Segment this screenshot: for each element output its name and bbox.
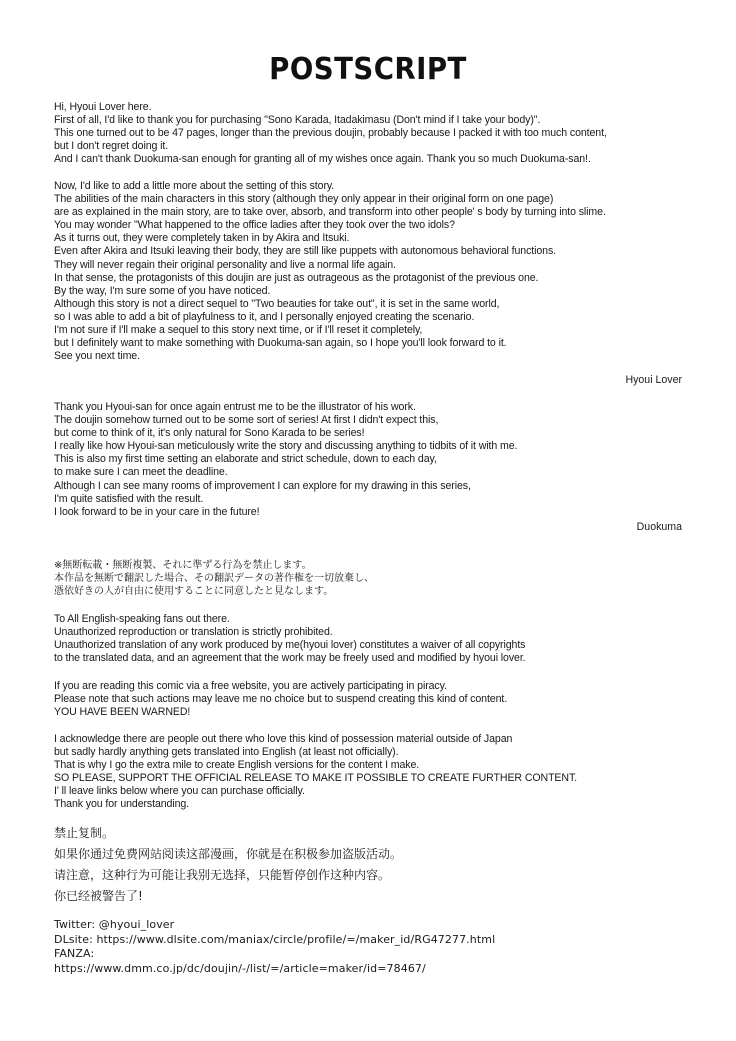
text-line: 本作品を無断で翻訳した場合、その翻訳データの著作権を一切放棄し、 — [54, 572, 694, 585]
text-line: See you next time. — [54, 350, 694, 363]
text-line: I look forward to be in your care in the… — [54, 506, 694, 519]
fanza-label: FANZA: — [54, 947, 694, 962]
dlsite-link[interactable]: DLsite: https://www.dlsite.com/maniax/ci… — [54, 933, 694, 948]
text-line: but I definitely want to make something … — [54, 337, 694, 350]
text-line: so I was able to add a bit of playfulnes… — [54, 311, 694, 324]
text-line: Although I can see many rooms of improve… — [54, 480, 694, 493]
text-line: This one turned out to be 47 pages, long… — [54, 127, 694, 140]
text-line: 如果你通过免费网站阅读这部漫画，你就是在积极参加盗版活动。 — [54, 844, 694, 865]
text-line: but come to think of it, it's only natur… — [54, 427, 694, 440]
purchase-links: Twitter: @hyoui_lover DLsite: https://ww… — [54, 918, 694, 976]
fanza-link[interactable]: https://www.dmm.co.jp/dc/doujin/-/list/=… — [54, 962, 694, 977]
text-line: First of all, I'd like to thank you for … — [54, 114, 694, 127]
text-line: I' ll leave links below where you can pu… — [54, 785, 694, 798]
text-line: To All English-speaking fans out there. — [54, 613, 694, 626]
text-line: but I don't regret doing it. — [54, 140, 694, 153]
text-line: I really like how Hyoui-san meticulously… — [54, 440, 694, 453]
text-line: Thank you Hyoui-san for once again entru… — [54, 401, 694, 414]
text-line: And I can't thank Duokuma-san enough for… — [54, 153, 694, 166]
text-line: The abilities of the main characters in … — [54, 193, 694, 206]
text-line: Thank you for understanding. — [54, 798, 694, 811]
text-line: 憑依好きの人が自由に使用することに同意したと見なします。 — [54, 585, 694, 598]
text-line: This is also my first time setting an el… — [54, 453, 694, 466]
text-line: By the way, I'm sure some of you have no… — [54, 285, 694, 298]
text-line: In that sense, the protagonists of this … — [54, 272, 694, 285]
text-line: If you are reading this comic via a free… — [54, 680, 694, 693]
piracy-warning: If you are reading this comic via a free… — [54, 680, 694, 719]
setting-paragraph: Now, I'd like to add a little more about… — [54, 180, 694, 363]
text-line: Hi, Hyoui Lover here. — [54, 101, 694, 114]
support-notice: I acknowledge there are people out there… — [54, 733, 694, 812]
text-line: to make sure I can meet the deadline. — [54, 466, 694, 479]
text-line: are as explained in the main story, are … — [54, 206, 694, 219]
text-line: I'm not sure if I'll make a sequel to th… — [54, 324, 694, 337]
text-line: As it turns out, they were completely ta… — [54, 232, 694, 245]
text-line: 禁止复制。 — [54, 823, 694, 844]
intro-paragraph: Hi, Hyoui Lover here. First of all, I'd … — [54, 101, 694, 166]
illustrator-paragraph: Thank you Hyoui-san for once again entru… — [54, 401, 694, 519]
text-line: Even after Akira and Itsuki leaving thei… — [54, 245, 694, 258]
chinese-copyright-notice: 禁止复制。 如果你通过免费网站阅读这部漫画，你就是在积极参加盗版活动。 请注意，… — [54, 823, 694, 907]
text-line: They will never regain their original pe… — [54, 259, 694, 272]
text-line: The doujin somehow turned out to be some… — [54, 414, 694, 427]
signature-duokuma: Duokuma — [637, 521, 682, 533]
text-line: I acknowledge there are people out there… — [54, 733, 694, 746]
text-line: 你已经被警告了! — [54, 886, 694, 907]
text-line: Although this story is not a direct sequ… — [54, 298, 694, 311]
text-line: Unauthorized translation of any work pro… — [54, 639, 694, 652]
text-line: Now, I'd like to add a little more about… — [54, 180, 694, 193]
english-copyright-notice: To All English-speaking fans out there. … — [54, 613, 694, 665]
page-title: POSTSCRIPT — [29, 52, 706, 87]
text-line: to the translated data, and an agreement… — [54, 652, 694, 665]
text-line: Unauthorized reproduction or translation… — [54, 626, 694, 639]
text-line: I'm quite satisfied with the result. — [54, 493, 694, 506]
text-line: Please note that such actions may leave … — [54, 693, 694, 706]
text-line: 请注意，这种行为可能让我别无选择，只能暂停创作这种内容。 — [54, 865, 694, 886]
text-line: That is why I go the extra mile to creat… — [54, 759, 694, 772]
twitter-link[interactable]: Twitter: @hyoui_lover — [54, 918, 694, 933]
text-line: but sadly hardly anything gets translate… — [54, 746, 694, 759]
text-line: ※無断転載・無断複製、それに準ずる行為を禁止します。 — [54, 559, 694, 572]
text-line: SO PLEASE, SUPPORT THE OFFICIAL RELEASE … — [54, 772, 694, 785]
text-line: YOU HAVE BEEN WARNED! — [54, 706, 694, 719]
signature-hyoui-lover: Hyoui Lover — [625, 374, 682, 386]
japanese-copyright-notice: ※無断転載・無断複製、それに準ずる行為を禁止します。 本作品を無断で翻訳した場合… — [54, 559, 694, 599]
text-line: You may wonder "What happened to the off… — [54, 219, 694, 232]
